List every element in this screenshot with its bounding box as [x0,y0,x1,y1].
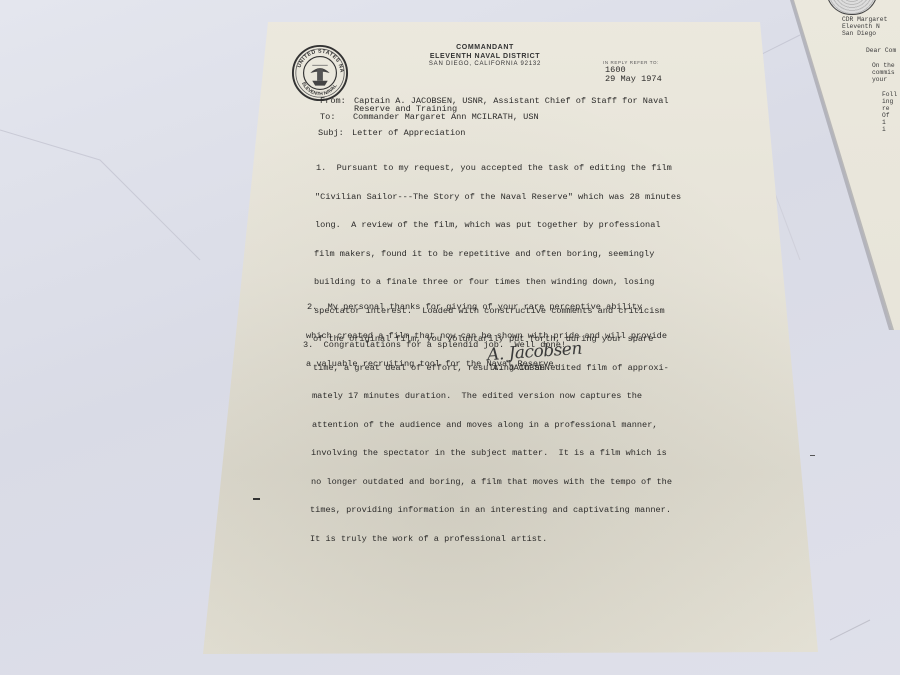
navy-seal-icon: UNITED STATES NAVY ELEVENTH NAVAL [291,44,349,102]
to-value: Commander Margaret Ann MCILRATH, USN [353,113,539,123]
subj-value: Letter of Appreciation [352,129,465,139]
letter-date: 29 May 1974 [605,75,662,85]
surface-mark [810,455,815,456]
from-label: From: [320,97,346,107]
letter-content: UNITED STATES NAVY ELEVENTH NAVAL COMMAN… [0,0,900,675]
subj-label: Subj: [318,129,344,139]
letterhead-district: ELEVENTH NAVAL DISTRICT [405,53,565,60]
to-label: To: [320,113,335,123]
letterhead-title: COMMANDANT [405,44,565,51]
typed-signature: A. JACOBSEN [493,364,550,374]
page-mark [253,498,260,500]
letterhead-address: SAN DIEGO, CALIFORNIA 92132 [405,61,565,67]
